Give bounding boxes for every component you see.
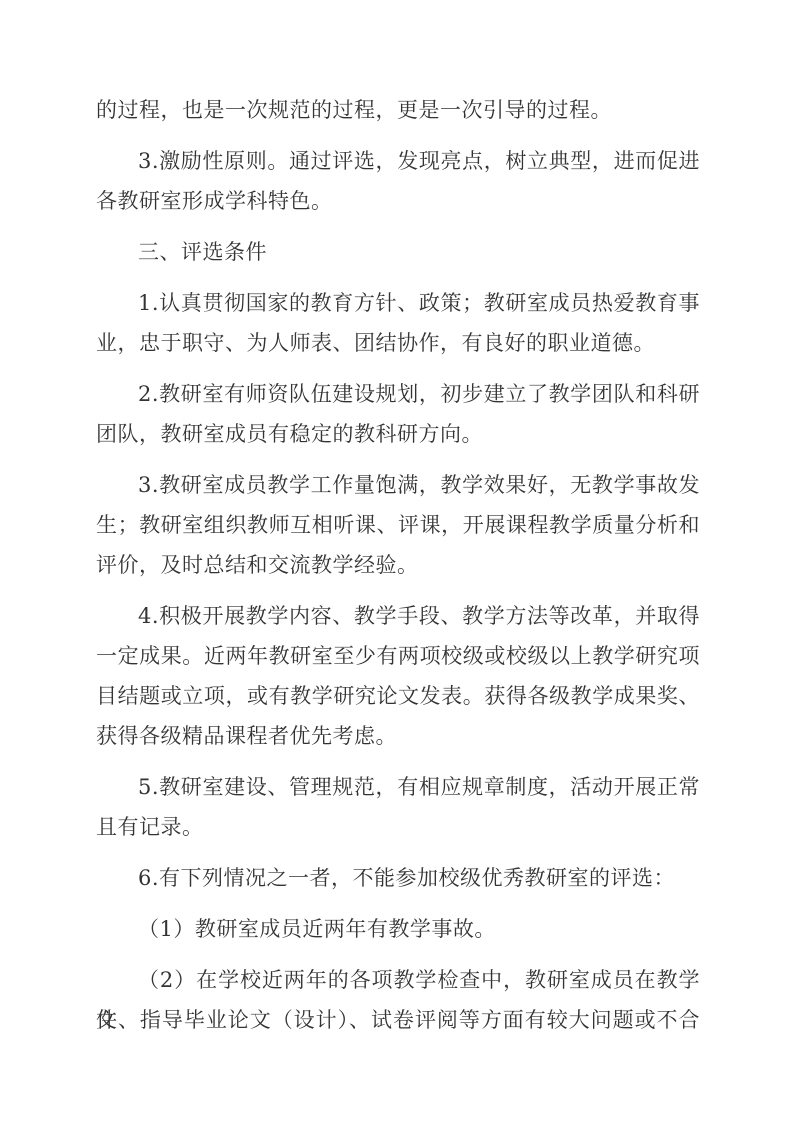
text-line: 目结题或立项，或有教学研究论文发表。获得各级教学成果奖、	[96, 676, 700, 716]
paragraph: 2.教研室有师资队伍建设规划，初步建立了教学团队和科研团队，教研室成员有稳定的教…	[96, 374, 700, 454]
text-line: 1.认真贯彻国家的教育方针、政策；教研室成员热爱教育事	[96, 283, 700, 323]
text-line: 3.激励性原则。通过评选，发现亮点，树立典型，进而促进	[96, 141, 700, 181]
text-line: 团队，教研室成员有稳定的教科研方向。	[96, 414, 700, 454]
text-line: 3.教研室成员教学工作量饱满，教学效果好，无教学事故发	[96, 465, 700, 505]
paragraph: 5.教研室建设、管理规范，有相应规章制度，活动开展正常且有记录。	[96, 767, 700, 847]
text-line: 5.教研室建设、管理规范，有相应规章制度，活动开展正常	[96, 767, 700, 807]
paragraph: 3.激励性原则。通过评选，发现亮点，树立典型，进而促进各教研室形成学科特色。	[96, 141, 700, 221]
text-line: 件、指导毕业论文（设计）、试卷评阅等方面有较大问题或不合	[96, 1000, 700, 1040]
section-heading: 三、评选条件	[96, 232, 700, 272]
paragraph: 1.认真贯彻国家的教育方针、政策；教研室成员热爱教育事业，忠于职守、为人师表、团…	[96, 283, 700, 363]
text-line: （2）在学校近两年的各项教学检查中，教研室成员在教学文	[96, 960, 700, 1000]
text-line: 三、评选条件	[96, 232, 700, 272]
text-line: 业，忠于职守、为人师表、团结协作，有良好的职业道德。	[96, 323, 700, 363]
paragraph: （2）在学校近两年的各项教学检查中，教研室成员在教学文件、指导毕业论文（设计）、…	[96, 960, 700, 1040]
paragraph: 3.教研室成员教学工作量饱满，教学效果好，无教学事故发生；教研室组织教师互相听课…	[96, 465, 700, 585]
text-line: 获得各级精品课程者优先考虑。	[96, 716, 700, 756]
paragraph: 的过程，也是一次规范的过程，更是一次引导的过程。	[96, 90, 700, 130]
paragraph: （1）教研室成员近两年有教学事故。	[96, 909, 700, 949]
text-line: 6.有下列情况之一者，不能参加校级优秀教研室的评选：	[96, 858, 700, 898]
text-line: 评价，及时总结和交流教学经验。	[96, 545, 700, 585]
text-line: 生；教研室组织教师互相听课、评课，开展课程教学质量分析和	[96, 505, 700, 545]
paragraph: 4.积极开展教学内容、教学手段、教学方法等改革，并取得一定成果。近两年教研室至少…	[96, 596, 700, 756]
text-line: 2.教研室有师资队伍建设规划，初步建立了教学团队和科研	[96, 374, 700, 414]
text-line: 一定成果。近两年教研室至少有两项校级或校级以上教学研究项	[96, 636, 700, 676]
text-line: 4.积极开展教学内容、教学手段、教学方法等改革，并取得	[96, 596, 700, 636]
text-line: 的过程，也是一次规范的过程，更是一次引导的过程。	[96, 90, 700, 130]
text-line: 且有记录。	[96, 807, 700, 847]
document-content: 的过程，也是一次规范的过程，更是一次引导的过程。3.激励性原则。通过评选，发现亮…	[96, 90, 700, 1040]
paragraph: 6.有下列情况之一者，不能参加校级优秀教研室的评选：	[96, 858, 700, 898]
text-line: （1）教研室成员近两年有教学事故。	[96, 909, 700, 949]
document-page: 的过程，也是一次规范的过程，更是一次引导的过程。3.激励性原则。通过评选，发现亮…	[0, 0, 796, 1123]
text-line: 各教研室形成学科特色。	[96, 181, 700, 221]
